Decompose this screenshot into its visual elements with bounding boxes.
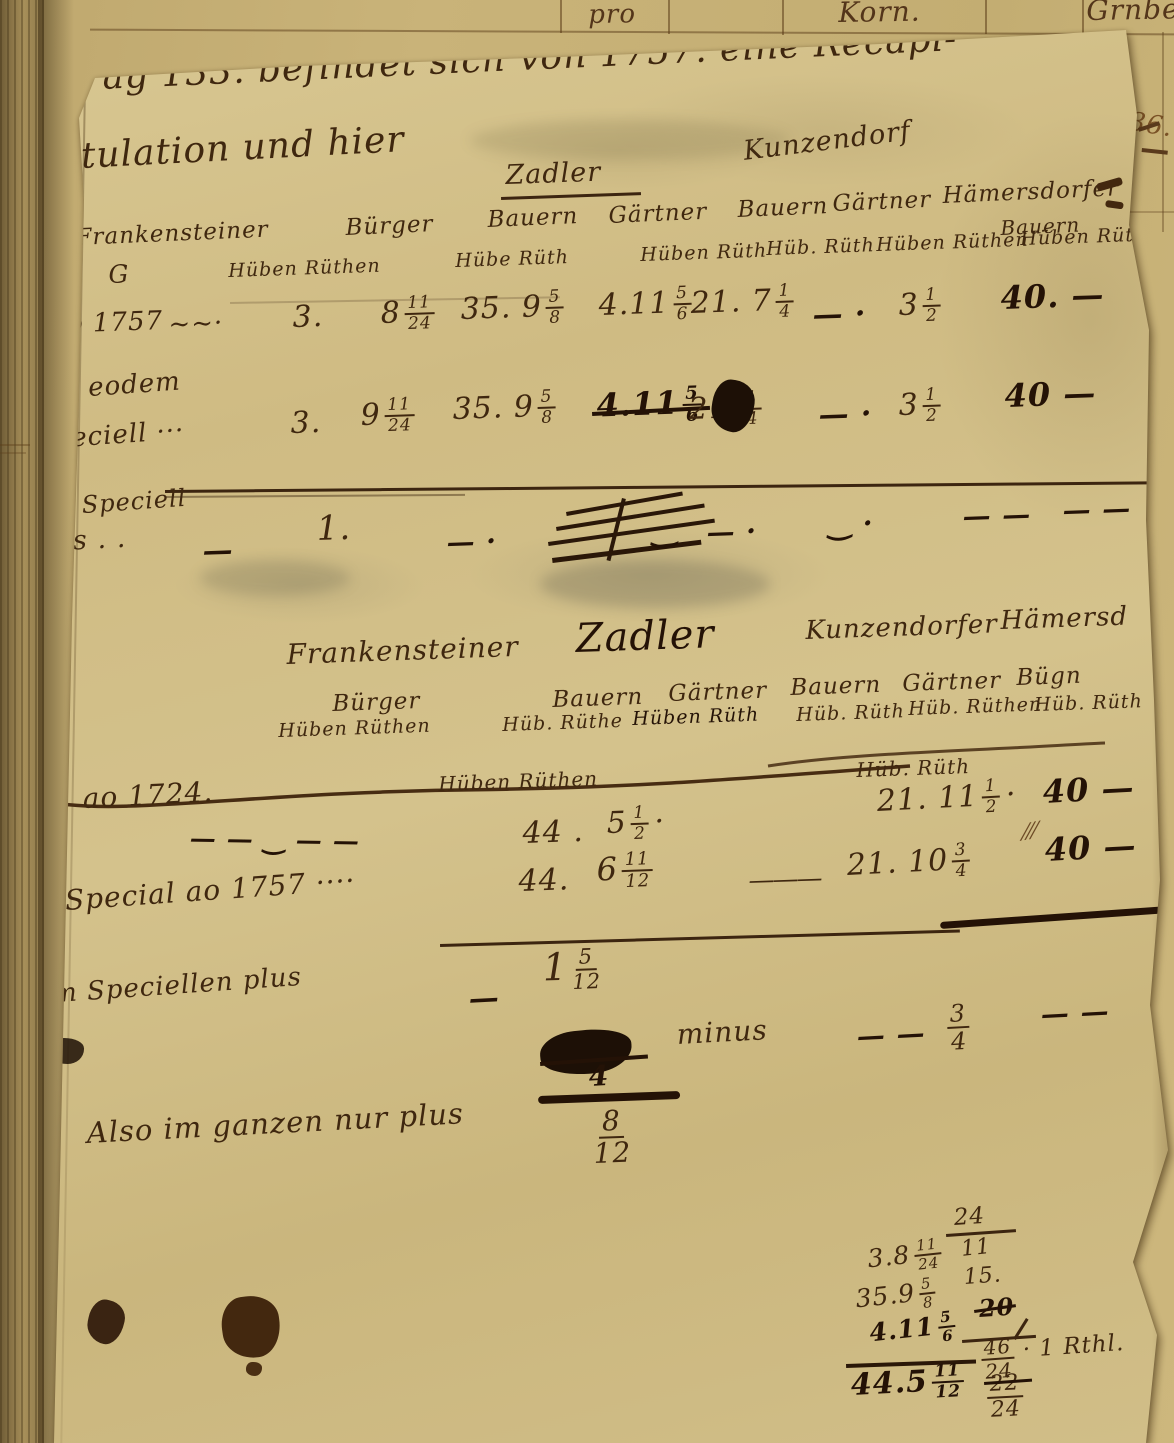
t1-subcol-5: Hüben Rüthen xyxy=(876,231,1029,256)
t1-1757-cell-4: 21. 714 xyxy=(690,282,794,324)
t2-1757-cell-3: 21. 1034 xyxy=(846,842,971,886)
t1-plus-cell-dash-4: — · xyxy=(706,516,757,547)
t2-minus-dash-1: — — xyxy=(856,1018,926,1051)
t1-eodem-cell-0: 3. xyxy=(290,407,322,440)
t1-col-buerger: Bürger xyxy=(345,212,434,240)
t2-sub2-1: Hüben Rüthen xyxy=(278,717,431,742)
t2-sub2-3: Hüben Rüth xyxy=(632,706,760,730)
scanned-manuscript-photo: { "under_page": { "header_labels": { "co… xyxy=(0,0,1174,1443)
calc-left-1: 3.81124 xyxy=(866,1236,943,1278)
t2-sum-rule-heavy xyxy=(940,907,1162,929)
t2-1757-cell-1: 44. xyxy=(518,864,570,897)
ink-speck xyxy=(246,1362,262,1376)
t2-sub2-5: Hüb. Rüthen xyxy=(908,695,1043,720)
t1-eodem-label-2: Speciell ··· xyxy=(34,418,185,456)
t2-sub1-gaertner-2: Gärtner xyxy=(902,669,1002,697)
t1-1757-cell-2: 35. 958 xyxy=(460,288,564,330)
manuscript-leaf-wrapper: Pag 133. befindet sich von 1757. eine Re… xyxy=(0,0,1174,1443)
t2-1724-cell-4: 40 — xyxy=(1042,771,1135,809)
t1-subcol-3: Hüben Rüth xyxy=(640,242,768,266)
leaf-fold-crease xyxy=(60,86,86,1443)
t1-col-bauern-1: Bauern xyxy=(487,204,579,232)
t2-group-kunzendorfer: Kunzendorfer xyxy=(805,611,998,645)
t2-minus-word: minus xyxy=(676,1015,768,1049)
edge-ink-smear xyxy=(44,922,61,981)
scribble-line xyxy=(552,540,701,563)
t2-1757-cell-2: 61112 xyxy=(596,850,654,892)
t2-sub1-bauern-2: Bauern xyxy=(790,673,882,700)
t1-1757-leader: ~~· xyxy=(168,310,224,339)
calc-total: 44.51112 xyxy=(850,1362,965,1406)
t2-1757-leader-dash: ——— xyxy=(748,865,821,895)
t2-struck-fraction-blot xyxy=(538,1025,634,1078)
t1-group-zadler-underline xyxy=(501,192,641,200)
ink-blot xyxy=(46,1038,84,1064)
t1-1757-cell-3: 4.1156 xyxy=(598,285,692,326)
t1-plus-label-1: im Speciell xyxy=(40,486,187,521)
t2-group-haemersd: Hämersd xyxy=(1000,604,1129,636)
t1-col-gaertner-1: Gärtner xyxy=(608,200,708,228)
t1-subcol-6: Hüben Rüth xyxy=(1020,226,1148,250)
t2-total-heavy-bar xyxy=(538,1091,680,1104)
t1-col-gaertner-2: Gärtner xyxy=(832,188,932,216)
t1-1757-cell-1: 81124 xyxy=(380,294,435,334)
t2-sub2-6: Hüb. Rüth xyxy=(1034,692,1143,716)
t1-subcol-4: Hüb. Rüth xyxy=(766,236,875,260)
t2-plus-label: im Speciellen plus xyxy=(42,964,303,1009)
t2-plus-value: 1512 xyxy=(542,946,601,994)
t1-plus-cell-dash-6: — — xyxy=(962,500,1032,532)
t1-1757-label: ao 1757 xyxy=(50,308,163,339)
t2-1724-label: ao 1724. xyxy=(82,777,214,813)
t2-group-frankensteiner: Frankensteiner xyxy=(286,632,519,669)
t1-1757-cell-0: 3. xyxy=(292,301,324,334)
calc-left-3: 4.1156 xyxy=(868,1309,957,1352)
ink-blot xyxy=(218,1292,284,1361)
stray-mark xyxy=(1105,200,1124,209)
title-line-1: Pag 133. befindet sich von 1757. eine Re… xyxy=(78,20,958,98)
t2-mid-label-right: Hüb. Rüth xyxy=(856,756,970,781)
t2-1757-label: Special ao 1757 ···· xyxy=(64,866,356,916)
t2-sub1-buegn: Bügn xyxy=(1016,664,1082,690)
t2-struck-fraction-denominator: 4 xyxy=(588,1061,610,1091)
calc-right-2: 15. xyxy=(963,1263,1003,1289)
t1-eodem-cell-7: 40 — xyxy=(1004,377,1097,414)
ink-smudge xyxy=(200,560,350,596)
t1-plus-cell-dash-5: ‿ · xyxy=(828,508,874,539)
t1-eodem-cell-6: 312 xyxy=(898,387,941,426)
t2-1724-dashes: — — ‿ — — xyxy=(190,826,361,856)
t2-1724-cell-2: 512· xyxy=(606,804,666,844)
calc-note: · 1 Rthl. xyxy=(1022,1331,1125,1362)
t1-eodem-cell-2: 35. 958 xyxy=(452,388,556,430)
t1-subcol-1: Hüben Rüthen xyxy=(228,257,381,282)
t2-minus-value: 34 xyxy=(946,1001,971,1054)
t1-plus-cell-dash-3: ‿ xyxy=(652,515,678,547)
t1-col-haemersdorfer: Hämersdorfer xyxy=(942,176,1120,208)
t1-sum-rule-echo xyxy=(165,494,465,498)
calc-right-top: 24 xyxy=(953,1204,986,1230)
t1-subcol-g: G xyxy=(108,261,130,288)
title-line-2: tulation und hier xyxy=(80,121,406,176)
t1-plus-label-2: plus . . xyxy=(26,525,127,559)
t1-eodem-cell-5: — · xyxy=(818,398,873,431)
t1-1757-cell-6: 312 xyxy=(898,287,941,326)
t1-col-bauern-2: Bauern xyxy=(737,194,829,222)
t2-total-value: 812 xyxy=(592,1107,632,1168)
t2-mid-label-left: Hüben Rüthen xyxy=(438,768,598,795)
t1-plus-cell-dash-1: — · xyxy=(446,526,497,557)
bleedthrough-smudge xyxy=(470,120,790,160)
ink-blot xyxy=(84,1297,128,1348)
manuscript-leaf: Pag 133. befindet sich von 1757. eine Re… xyxy=(0,0,1174,1443)
t2-sub2-4: Hüb. Rüth xyxy=(796,702,905,726)
t1-plus-cell-1: 1. xyxy=(316,511,352,548)
t2-1724-cell-3: 21. 1112· xyxy=(876,777,1018,822)
t1-eodem-label-1: ao eodem xyxy=(45,369,182,406)
t1-col-frankensteiner: Frankensteiner xyxy=(75,218,269,251)
t2-minus-dash-2: — — xyxy=(1040,996,1110,1029)
t2-1757-cell-4: 40 — xyxy=(1044,829,1137,867)
t1-1757-cell-7: 40. — xyxy=(1000,278,1105,315)
t2-sub1-gaertner-1: Gärtner xyxy=(668,679,768,707)
ink-smudge xyxy=(540,560,770,608)
calc-right-1: 11 xyxy=(960,1235,992,1261)
t1-group-zadler: Zadler xyxy=(505,159,602,191)
t2-sum-rule xyxy=(440,929,960,947)
t2-sub1-bauern-1: Bauern xyxy=(552,685,644,712)
t2-1724-cell-1: 44 . xyxy=(522,816,584,850)
t1-1757-cell-5: — · xyxy=(812,298,867,331)
t2-sub2-2: Hüb. Rüthe xyxy=(502,712,623,736)
t1-eodem-cell-1: 91124 xyxy=(360,396,415,436)
t2-group-zadler: Zadler xyxy=(575,613,715,660)
t2-sub1-buerger: Bürger xyxy=(332,689,421,716)
t2-plus-dash-0: — xyxy=(468,982,501,1015)
t1-sum-rule xyxy=(165,481,1170,493)
t2-1724-tick-marks: ⁄⁄⁄ xyxy=(1022,820,1040,845)
t1-plus-cell-dash-7: — — xyxy=(1062,494,1132,526)
t2-total-label: Also im ganzen nur plus xyxy=(86,1098,465,1148)
t1-subcol-2: Hübe Rüth xyxy=(455,248,569,272)
